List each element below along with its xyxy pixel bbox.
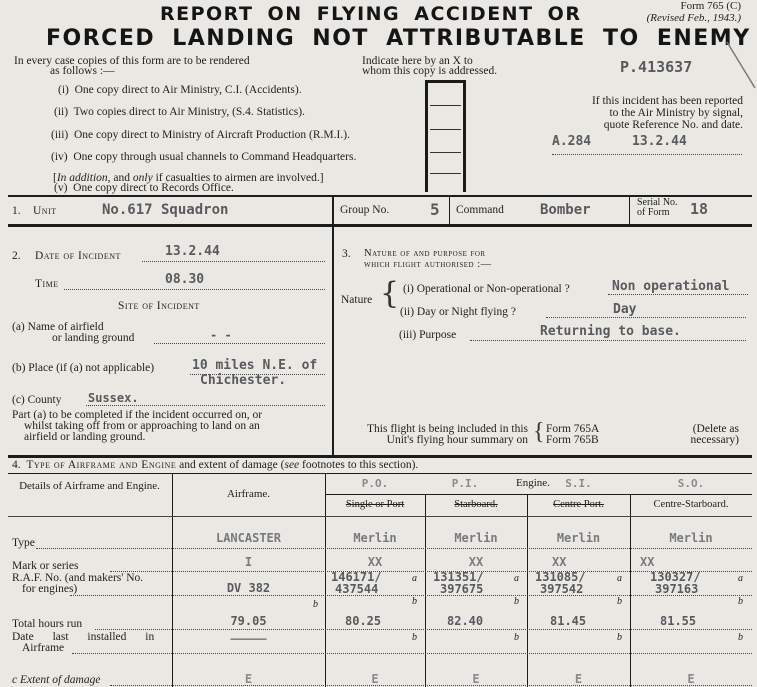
signal-ref-line: If this incident has been reported (592, 95, 743, 107)
nature-heading: Nature of and purpose for which flight a… (364, 248, 492, 270)
dotline (154, 343, 325, 344)
signal-reference-instruction: If this incident has been reported to th… (592, 95, 743, 131)
column-divider (629, 196, 630, 225)
item-text: One copy direct to Ministry of Aircraft … (74, 129, 350, 141)
reference-number: P.413637 (620, 58, 692, 76)
item-num: (iv) (51, 151, 68, 163)
pencil-mark-icon (725, 40, 757, 90)
part-a-note: Part (a) to be completed if the incident… (12, 410, 332, 443)
serial-value[interactable]: 18 (690, 200, 708, 218)
footnote-b: b (313, 599, 318, 610)
col-header-centre-port: Centre Port. (527, 499, 630, 510)
distribution-item-2: (ii) Two copies direct to Air Ministry, … (54, 106, 305, 118)
footnote-b: b (617, 632, 622, 643)
rule (8, 516, 752, 517)
note-line: airfield or landing ground. (12, 432, 332, 443)
brace-icon: { (380, 280, 399, 308)
footnote-b: b (412, 632, 417, 643)
airframe-mark[interactable]: I (172, 555, 325, 569)
item-num: (iii) (51, 129, 68, 141)
purpose-label: (iii) Purpose (399, 329, 456, 341)
section2-number: 2. (12, 250, 21, 262)
form-title-line1: REPORT ON FLYING ACCIDENT OR (160, 3, 581, 25)
engine-damage[interactable]: E (425, 672, 527, 686)
column-divider (425, 495, 426, 687)
column-divider (527, 495, 528, 687)
row-label-damage: c Extent of damage (12, 674, 100, 686)
rule (8, 473, 752, 474)
engine-position-pi: P.I. (425, 477, 505, 490)
engine-position-po: P.O. (325, 477, 425, 490)
date-of-incident-value[interactable]: 13.2.44 (165, 244, 220, 259)
addressee-instruction-2: whom this copy is addressed. (362, 65, 497, 77)
day-night-question: (ii) Day or Night flying ? (400, 306, 516, 318)
engine-type[interactable]: Merlin (425, 531, 527, 545)
heading-text: footnotes to this section). (299, 459, 418, 471)
engine-mark[interactable]: XX (325, 555, 425, 569)
time-value[interactable]: 08.30 (165, 272, 204, 287)
heading-line: which flight authorised :— (364, 259, 492, 270)
item-num: (v) (54, 182, 67, 194)
distribution-item-3: (iii) One copy direct to Ministry of Air… (51, 129, 350, 141)
purpose-value[interactable]: Returning to base. (540, 324, 681, 339)
group-value[interactable]: 5 (430, 200, 440, 219)
airfield-label-2: or landing ground (52, 332, 134, 344)
airframe-hours[interactable]: 79.05 (172, 614, 325, 628)
footnote-b: b (738, 632, 743, 643)
command-label: Command (456, 204, 504, 216)
item-num: (ii) (54, 106, 68, 118)
dotline (64, 289, 325, 290)
county-value[interactable]: Sussex. (88, 391, 139, 405)
nature-label: Nature (341, 294, 372, 306)
engine-hours[interactable]: 82.40 (447, 614, 483, 628)
airframe-type[interactable]: LANCASTER (172, 531, 325, 545)
addressee-row-divider (430, 173, 461, 174)
brace-icon: { (533, 420, 545, 444)
engine-mark[interactable]: XX (640, 555, 654, 569)
day-night-value[interactable]: Day (613, 302, 636, 317)
engine-position-si: S.I. (527, 477, 630, 490)
section1-number: 1. (12, 205, 21, 217)
addressee-row-divider (430, 152, 461, 153)
row-label-raf-no: R.A.F. No. (and makers' No. for engines) (12, 573, 143, 595)
engine-hours[interactable]: 81.55 (660, 614, 696, 628)
signal-ref-line: to the Air Ministry by signal, (592, 107, 743, 119)
distribution-item-4: (iv) One copy through usual channels to … (51, 151, 356, 163)
place-value-1[interactable]: 10 miles N.E. of (192, 358, 317, 373)
dotline (142, 261, 325, 262)
engine-damage[interactable]: E (325, 672, 425, 686)
rule (325, 494, 752, 495)
heading-line: Nature of and purpose for (364, 248, 492, 259)
footnote-b: b (514, 596, 519, 607)
group-label: Group No. (340, 204, 389, 216)
serial-label: Serial No. of Form (637, 198, 678, 218)
dotline (470, 340, 746, 341)
addressee-row-divider (430, 105, 461, 106)
item-text: Two copies direct to Air Ministry, (S.4.… (74, 106, 305, 118)
footnote-b: b (617, 596, 622, 607)
dotline (546, 317, 746, 318)
row-label-mark: Mark or series (12, 560, 78, 572)
engine-damage[interactable]: E (527, 672, 630, 686)
item-text: One copy direct to Air Ministry, C.I. (A… (75, 84, 302, 96)
col-header-starboard: Starboard. (425, 499, 527, 510)
section3-number: 3. (342, 248, 351, 260)
airframe-date-installed[interactable]: ——— (172, 631, 325, 646)
footnote-a: a (412, 573, 417, 584)
dotline (70, 595, 752, 596)
footnote-b: b (514, 632, 519, 643)
footnote-a: a (738, 573, 743, 584)
airframe-raf-no[interactable]: DV 382 (172, 581, 325, 595)
row-label-hours: Total hours run (12, 618, 82, 630)
column-divider (332, 195, 334, 457)
engine-type[interactable]: Merlin (527, 531, 630, 545)
footnote-b: b (412, 596, 417, 607)
section4-number: 4. (12, 459, 21, 471)
form-title-line2: FORCED LANDING NOT ATTRIBUTABLE TO ENEMY… (46, 26, 757, 51)
flying-hour-summary-text: This flight is being included in this Un… (342, 424, 528, 446)
column-divider (630, 495, 631, 687)
item-text: One copy through usual channels to Comma… (73, 151, 356, 163)
form-765b-option[interactable]: Form 765B (546, 435, 599, 446)
heading-sc: Type of Airframe and Engine (26, 459, 176, 471)
addressee-checkbox-column[interactable] (425, 80, 466, 192)
form-revised-date: (Revised Feb., 1943.) (647, 12, 741, 24)
col-header-details: Details of Airframe and Engine. (12, 481, 167, 492)
col-header-centre-starboard: Centre-Starboard. (630, 499, 752, 510)
engine-type[interactable]: Merlin (630, 531, 752, 545)
engine-mark[interactable]: XX (552, 555, 566, 569)
engine-number-b[interactable]: 437544 (335, 582, 378, 596)
engine-type[interactable]: Merlin (325, 531, 425, 545)
airframe-damage[interactable]: E (172, 672, 325, 686)
dotline (36, 548, 752, 549)
section4-heading: 4. Type of Airframe and Engine and exten… (12, 459, 418, 471)
engine-hours[interactable]: 80.25 (345, 614, 381, 628)
operational-question: (i) Operational or Non-operational ? (403, 283, 570, 295)
label-line: for engines) (12, 584, 143, 595)
distribution-intro-2: as follows :— (50, 65, 115, 77)
engine-position-so: S.O. (630, 477, 752, 490)
date-of-incident-label: Date of Incident (35, 250, 121, 262)
form-number-text: Form 765 (C) (647, 0, 741, 12)
footnote-a: a (514, 573, 519, 584)
delete-line: necessary) (690, 435, 739, 446)
operational-value[interactable]: Non operational (612, 279, 729, 294)
addressee-row-divider (430, 129, 461, 130)
site-of-incident-heading: Site of Incident (118, 300, 200, 312)
dotline (608, 294, 748, 295)
airfield-value[interactable]: - - (210, 328, 232, 342)
form-number: Form 765 (C) (Revised Feb., 1943.) (647, 0, 741, 24)
signal-ref-number: A.284 (552, 134, 591, 149)
distribution-item-5: (v) One copy direct to Records Office. (54, 182, 234, 194)
col-header-airframe: Airframe. (172, 488, 325, 500)
summary-line: Unit's flying hour summary on (342, 435, 528, 446)
footnote-a: a (617, 573, 622, 584)
engine-hours[interactable]: 81.45 (550, 614, 586, 628)
distribution-item-1: (i) One copy direct to Air Ministry, C.I… (58, 84, 302, 96)
rule (8, 455, 752, 458)
serial-label-line: of Form (637, 208, 678, 218)
engine-mark[interactable]: XX (425, 555, 527, 569)
row-label-type: Type (12, 537, 35, 549)
dotline (72, 653, 752, 654)
dotline (86, 405, 325, 406)
col-header-single-or-port: Single or Port (325, 499, 425, 510)
place-label: (b) Place (if (a) not applicable) (12, 362, 154, 374)
engine-number-b[interactable]: 397542 (540, 582, 583, 596)
county-label: (c) County (12, 394, 62, 406)
item-num: (i) (58, 84, 69, 96)
signal-ref-dotline (552, 154, 742, 155)
signal-ref-date: 13.2.44 (632, 134, 687, 149)
command-value[interactable]: Bomber (540, 202, 591, 218)
row-label-date-installed: Date last installed in Airframe (12, 632, 154, 654)
item-text: One copy direct to Records Office. (73, 182, 234, 194)
column-divider (449, 196, 450, 225)
dotline (95, 629, 752, 630)
engine-damage[interactable]: E (630, 672, 752, 686)
engine-number-b[interactable]: 397675 (440, 582, 483, 596)
footnote-b: b (738, 596, 743, 607)
heading-italic: see (284, 459, 299, 471)
rule (8, 224, 752, 227)
heading-text: and extent of damage ( (176, 459, 284, 471)
place-value-2[interactable]: Chichester. (200, 373, 286, 388)
summary-form-options[interactable]: Form 765A Form 765B (546, 424, 599, 446)
signal-ref-line: quote Reference No. and date. (592, 119, 743, 131)
delete-as-necessary: (Delete as necessary) (690, 424, 739, 446)
time-label: Time (35, 278, 59, 290)
unit-value[interactable]: No.617 Squadron (102, 202, 228, 218)
unit-label: Unit (33, 205, 57, 217)
engine-number-b[interactable]: 397163 (655, 582, 698, 596)
